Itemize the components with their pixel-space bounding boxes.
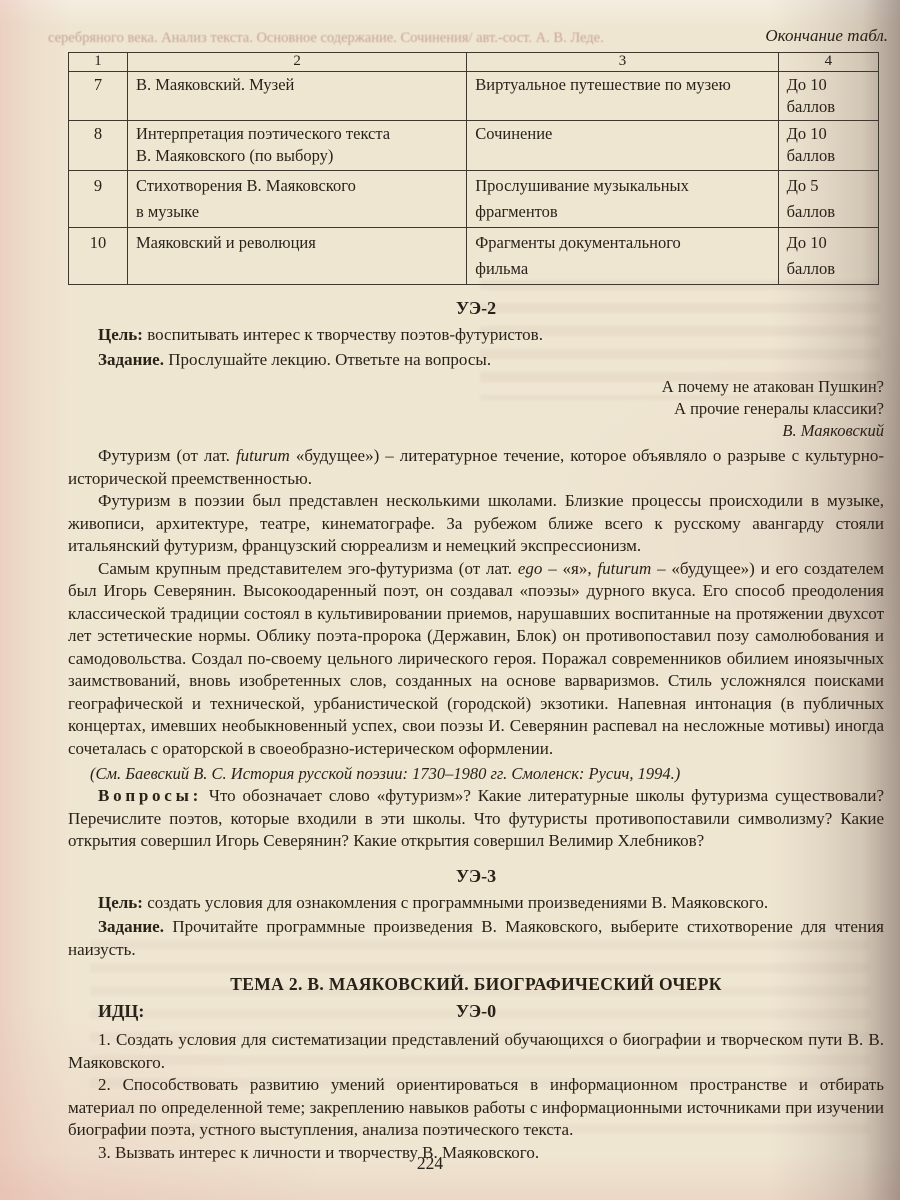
text-segment: – «будущее») и его создателем был Игорь …	[68, 559, 884, 758]
scanned-book-page: серебряного века. Анализ текста. Основно…	[0, 0, 900, 1200]
questions-label: Вопросы:	[98, 786, 202, 805]
ue0-title: УЭ-0	[456, 1001, 496, 1022]
goal-text: воспитывать интерес к творчеству поэтов-…	[143, 325, 543, 344]
table-header-cell: 3	[467, 53, 778, 72]
ue3-goal-paragraph: Цель: создать условия для ознакомления с…	[68, 892, 884, 915]
epigraph-line: А почему не атакован Пушкин?	[68, 376, 884, 398]
ue2-title: УЭ-2	[68, 298, 884, 319]
table-header-cell: 2	[127, 53, 466, 72]
task-text: Прочитайте программные произведения В. М…	[68, 917, 884, 959]
topic-cell: Маяковский и революция	[127, 228, 466, 285]
form-cell: Прослушивание музыкальных фрагментов	[467, 171, 778, 228]
text-segment: Футуризм (от лат.	[98, 446, 236, 465]
task-text: Прослушайте лекцию. Ответьте на вопросы.	[164, 350, 491, 369]
score-cell: До 10 баллов	[778, 121, 878, 171]
ue2-task-paragraph: Задание. Прослушайте лекцию. Ответьте на…	[68, 349, 884, 372]
task-label: Задание.	[98, 350, 164, 369]
epigraph: А почему не атакован Пушкин? А прочие ге…	[68, 376, 884, 442]
cell-text: в музыке	[136, 199, 458, 225]
latin-term: futurum	[236, 446, 290, 465]
ue3-task-paragraph: Задание. Прочитайте программные произвед…	[68, 916, 884, 961]
idc-row: ИДЦ: УЭ-0	[68, 1001, 884, 1025]
table-header-row: 1 2 3 4	[69, 53, 879, 72]
cell-text: Прослушивание музыкальных	[475, 173, 769, 199]
task-label: Задание.	[98, 917, 164, 936]
form-cell: Сочинение	[467, 121, 778, 171]
cell-text: В. Маяковского (по выбору)	[136, 145, 458, 167]
cell-text: Фрагменты документального	[475, 230, 769, 256]
text-segment: Самым крупным представителем эго-футуриз…	[98, 559, 518, 578]
topic-cell: Интерпретация поэтического текста В. Мая…	[127, 121, 466, 171]
topic-cell: В. Маяковский. Музей	[127, 72, 466, 121]
ghost-bleed-text: серебряного века. Анализ текста. Основно…	[48, 30, 688, 47]
assessment-table: 1 2 3 4 7 В. Маяковский. Музей Виртуальн…	[68, 52, 879, 285]
objective-item-2: 2. Способствовать развитию умений ориент…	[68, 1074, 884, 1142]
page-content: серебряного века. Анализ текста. Основно…	[68, 26, 884, 1164]
row-number-cell: 10	[69, 228, 128, 285]
idc-label: ИДЦ:	[98, 1001, 144, 1022]
cell-text: Интерпретация поэтического текста	[136, 123, 458, 145]
questions-paragraph: Вопросы: Что обозначает слово «футуризм»…	[68, 785, 884, 853]
cell-text: Виртуальное путешествие по музею	[475, 74, 769, 96]
table-row: 10 Маяковский и революция Фрагменты доку…	[69, 228, 879, 285]
cell-text: фрагментов	[475, 199, 769, 225]
text-segment: – «я»,	[542, 559, 597, 578]
epigraph-author: В. Маяковский	[68, 420, 884, 442]
cell-text: Сочинение	[475, 123, 769, 145]
cell-text: Маяковский и революция	[136, 230, 458, 256]
cell-text: фильма	[475, 256, 769, 282]
row-number-cell: 9	[69, 171, 128, 228]
goal-label: Цель:	[98, 893, 143, 912]
tema2-title: ТЕМА 2. В. МАЯКОВСКИЙ. БИОГРАФИЧЕСКИЙ ОЧ…	[68, 974, 884, 995]
ue3-title: УЭ-3	[68, 866, 884, 887]
caption-row: серебряного века. Анализ текста. Основно…	[68, 26, 884, 48]
epigraph-line: А прочие генералы классики?	[68, 398, 884, 420]
goal-label: Цель:	[98, 325, 143, 344]
row-number-cell: 8	[69, 121, 128, 171]
lecture-paragraph-2: Футуризм в поэзии был представлен нескол…	[68, 490, 884, 558]
latin-term: ego	[518, 559, 543, 578]
score-cell: До 10 баллов	[778, 72, 878, 121]
ue2-goal-paragraph: Цель: воспитывать интерес к творчеству п…	[68, 324, 884, 347]
form-cell: Фрагменты документального фильма	[467, 228, 778, 285]
row-number-cell: 7	[69, 72, 128, 121]
cell-text: Стихотворения В. Маяковского	[136, 173, 458, 199]
cell-text: В. Маяковский. Музей	[136, 74, 458, 96]
table-header-cell: 4	[778, 53, 878, 72]
score-cell: До 5 баллов	[778, 171, 878, 228]
topic-cell: Стихотворения В. Маяковского в музыке	[127, 171, 466, 228]
bibliography-citation: (См. Баевский В. С. История русской поэз…	[68, 762, 884, 785]
page-number: 224	[0, 1153, 860, 1174]
goal-text: создать условия для ознакомления с прогр…	[143, 893, 768, 912]
table-row: 8 Интерпретация поэтического текста В. М…	[69, 121, 879, 171]
lecture-paragraph-3: Самым крупным представителем эго-футуриз…	[68, 558, 884, 761]
table-header-cell: 1	[69, 53, 128, 72]
score-cell: До 10 баллов	[778, 228, 878, 285]
form-cell: Виртуальное путешествие по музею	[467, 72, 778, 121]
table-row: 7 В. Маяковский. Музей Виртуальное путеш…	[69, 72, 879, 121]
latin-term: futurum	[597, 559, 651, 578]
objective-item-1: 1. Создать условия для систематизации пр…	[68, 1029, 884, 1074]
table-continuation-caption: Окончание табл.	[765, 26, 888, 46]
table-row: 9 Стихотворения В. Маяковского в музыке …	[69, 171, 879, 228]
lecture-paragraph-1: Футуризм (от лат. futurum «будущее») – л…	[68, 445, 884, 490]
